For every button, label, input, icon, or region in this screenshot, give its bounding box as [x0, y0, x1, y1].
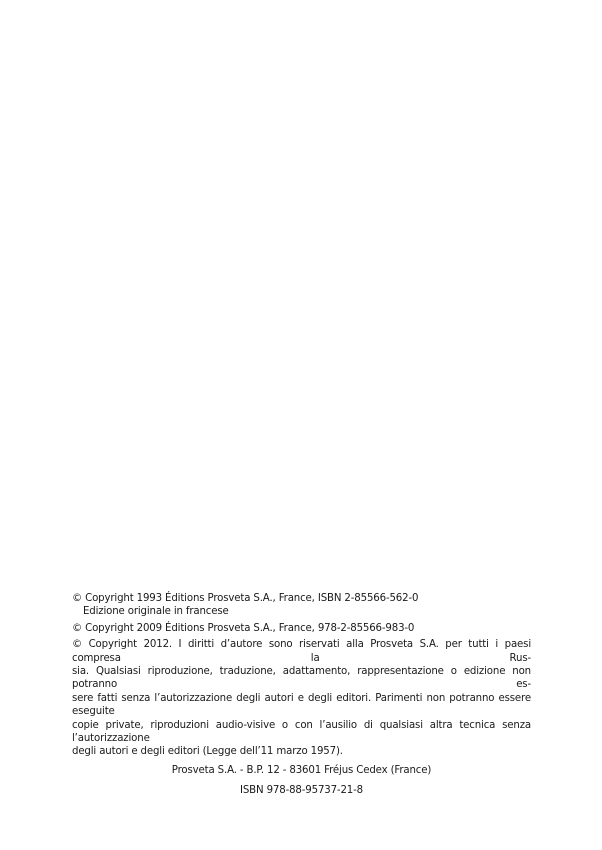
original-edition-note: Edizione originale in francese	[72, 605, 531, 618]
rights-line: sia. Qualsiasi riproduzione, traduzione,…	[72, 665, 531, 692]
rights-line: © Copyright 2012. I diritti d’autore son…	[72, 638, 531, 665]
publisher-address: Prosveta S.A. - B.P. 12 - 83601 Fréjus C…	[72, 764, 531, 777]
rights-line: sere fatti senza l’autorizzazione degli …	[72, 692, 531, 719]
rights-paragraph: © Copyright 2012. I diritti d’autore son…	[72, 638, 531, 759]
copyright-colophon: © Copyright 1993 Éditions Prosveta S.A.,…	[72, 592, 531, 798]
rights-line: degli autori e degli editori (Legge dell…	[72, 745, 531, 758]
rights-line: copie private, riproduzioni audio-visive…	[72, 719, 531, 746]
original-copyright-line: © Copyright 1993 Éditions Prosveta S.A.,…	[72, 592, 531, 605]
copyright-2009-line: © Copyright 2009 Éditions Prosveta S.A.,…	[72, 622, 531, 635]
isbn-line: ISBN 978-88-95737-21-8	[72, 784, 531, 797]
